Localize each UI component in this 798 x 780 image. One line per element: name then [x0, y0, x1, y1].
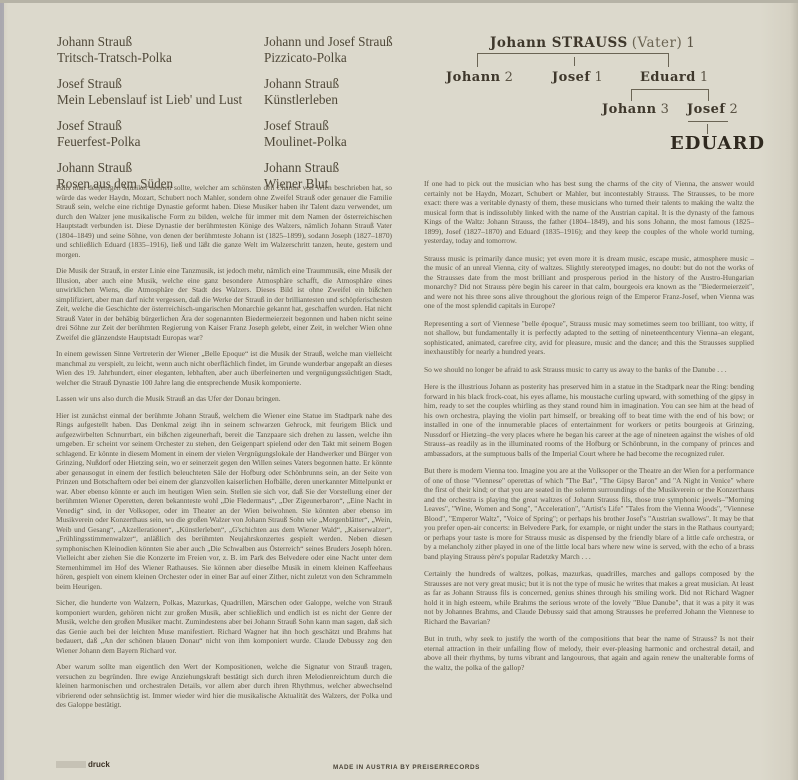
tree-child: Johann2	[446, 70, 513, 85]
tree-child: Eduard1	[640, 70, 709, 85]
tree-node-name: Johann	[602, 102, 657, 117]
printer-logo-text: druck	[88, 760, 110, 769]
paragraph: Hier ist zunächst einmal der berühmte Jo…	[56, 411, 392, 592]
sleeve-edge	[0, 0, 4, 780]
paragraph: Aber warum sollte man eigentlich den Wer…	[56, 662, 392, 710]
printer-logo-mark	[56, 761, 86, 768]
tree-node-number: 1	[595, 70, 604, 85]
tree-branch-line	[631, 89, 709, 90]
tree-node-name: Eduard	[640, 70, 696, 85]
printer-logo: druck	[56, 760, 110, 769]
tree-node-name: Johann STRAUSS	[490, 35, 628, 51]
tree-branch-line	[668, 53, 669, 67]
tree-branch-line	[688, 121, 728, 122]
paragraph: But there is modern Vienna too. Imagine …	[424, 466, 754, 561]
paragraph: But in truth, why seek to justify the wo…	[424, 634, 754, 672]
tree-grandchild: Johann3	[602, 102, 669, 117]
paragraph: Here is the illustrious Johann as poster…	[424, 382, 754, 458]
made-in-label: MADE IN AUSTRIA BY PREISERRECORDS	[333, 764, 480, 771]
tree-node-number: 1	[686, 35, 695, 51]
family-tree: Johann STRAUSS(Vater)1 Johann2 Josef1 Ed…	[400, 0, 798, 170]
paragraph: Lassen wir uns also durch die Musik Stra…	[56, 394, 392, 404]
paragraph: Certainly the hundreds of waltzes, polka…	[424, 569, 754, 626]
paragraph: If one had to pick out the musician who …	[424, 179, 754, 246]
paragraph: Die Musik der Strauß, in erster Linie ei…	[56, 266, 392, 342]
tree-branch-line	[631, 89, 632, 101]
tree-node-number: 3	[661, 102, 670, 117]
tree-branch-line	[477, 53, 669, 54]
tree-branch-line	[574, 57, 575, 66]
tree-branch-line	[477, 53, 478, 67]
tree-branch-line	[708, 89, 709, 101]
paragraph: Sicher, die hunderte von Walzern, Polkas…	[56, 598, 392, 655]
tree-node-name: Johann	[446, 70, 501, 85]
liner-notes-english: If one had to pick out the musician who …	[424, 179, 754, 680]
tree-node-name: Josef	[552, 70, 591, 85]
paragraph: In einem gewissen Sinne Vertreterin der …	[56, 349, 392, 387]
paragraph: Falls man denjenigen Musiker nennen soll…	[56, 183, 392, 259]
tree-node-name: Josef	[687, 102, 726, 117]
tree-node-number: 1	[700, 70, 709, 85]
tree-grandchild: Josef2	[687, 102, 738, 117]
tree-node-number: 2	[730, 102, 739, 117]
tree-node-number: 2	[505, 70, 514, 85]
tree-child: Josef1	[552, 70, 603, 85]
paragraph: Strauss music is primarily dance music; …	[424, 254, 754, 311]
tree-node-qualifier: (Vater)	[632, 35, 682, 51]
paragraph: So we should no longer be afraid to ask …	[424, 365, 754, 375]
liner-notes-german: Falls man denjenigen Musiker nennen soll…	[56, 183, 392, 717]
tree-great-grandchild: EDUARD	[670, 133, 765, 154]
tree-root: Johann STRAUSS(Vater)1	[490, 35, 695, 51]
record-sleeve-back: Johann Strauß Tritsch-Tratsch-Polka Jose…	[0, 0, 798, 780]
paragraph: Representing a sort of Viennese "belle é…	[424, 319, 754, 357]
